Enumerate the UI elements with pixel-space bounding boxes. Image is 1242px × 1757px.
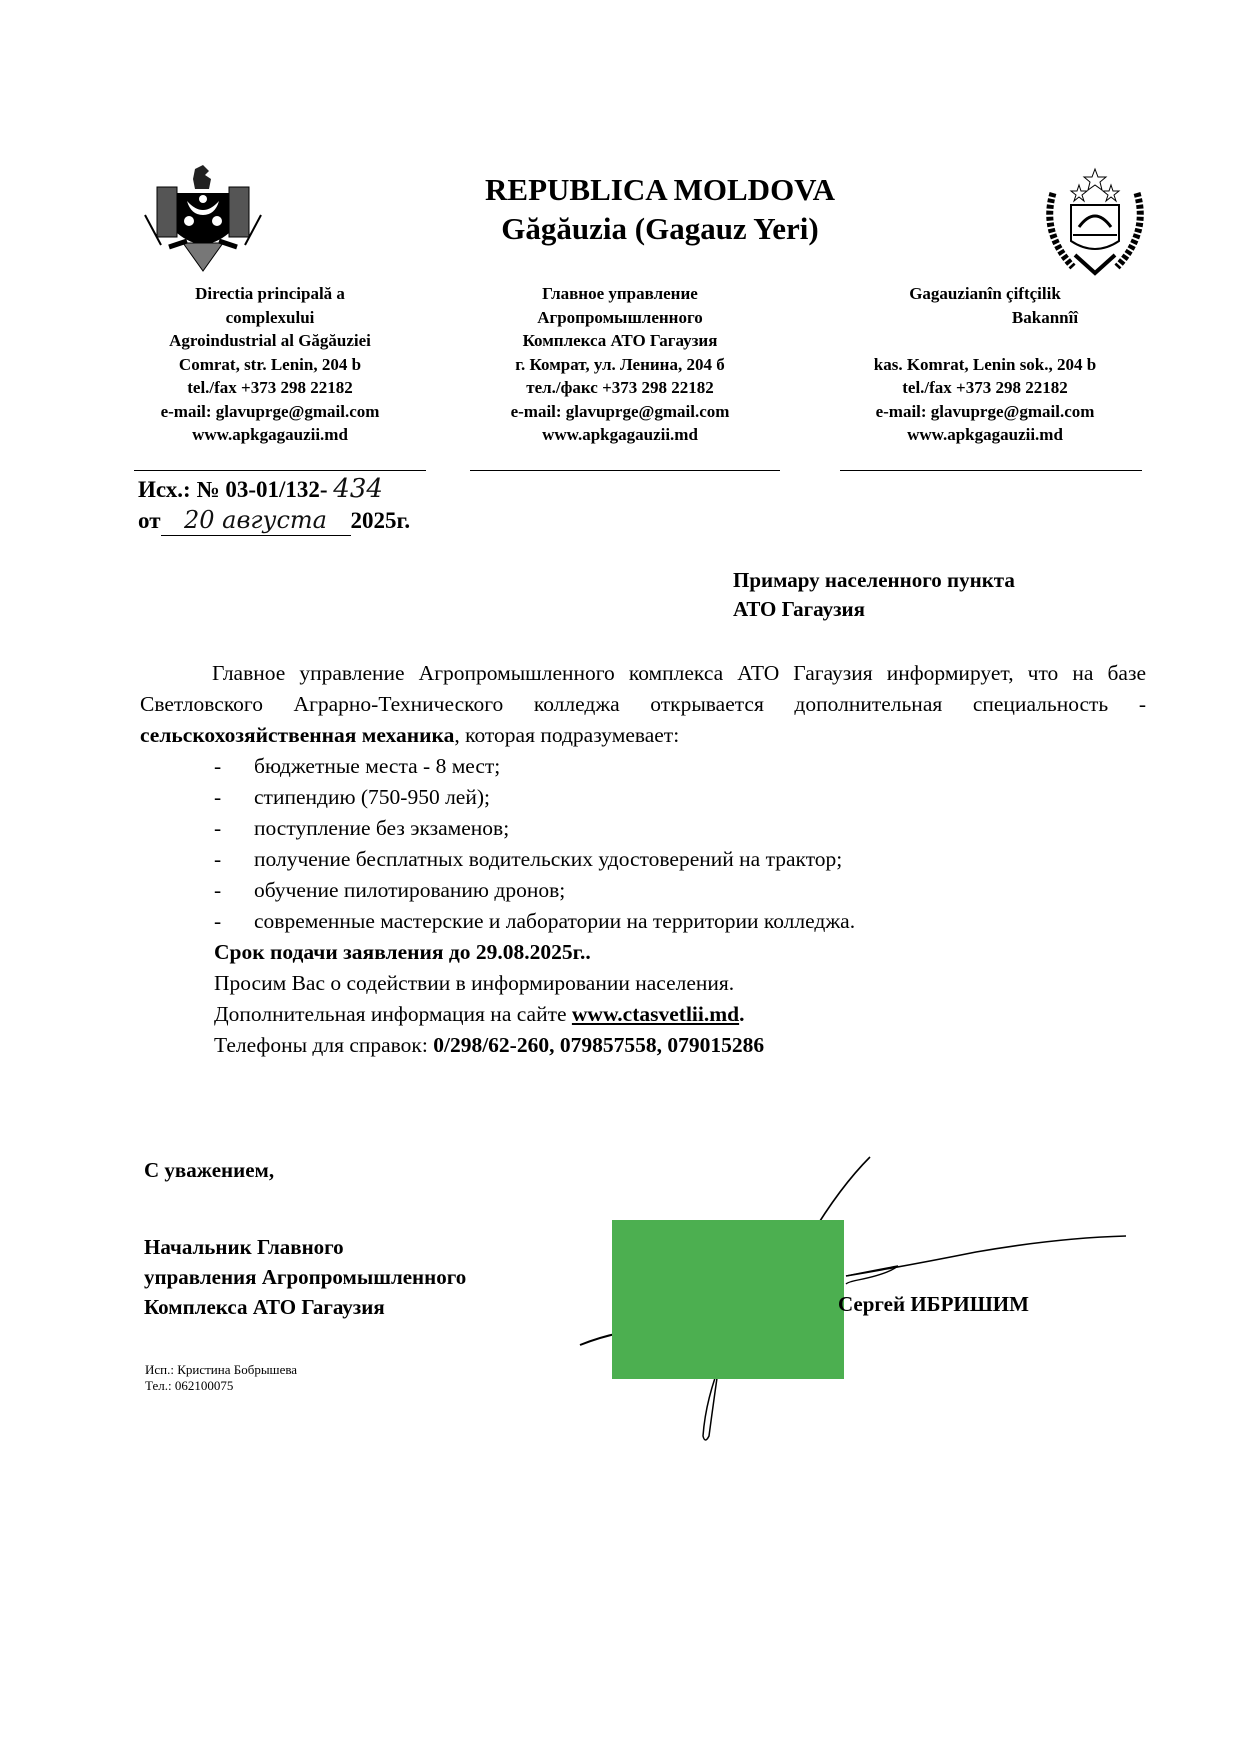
outgoing-reference: Исх.: № 03-01/132- 434 от20 августа2025г… [138,474,410,536]
gagauzia-coat-of-arms-icon [1035,163,1155,281]
header-divider [134,470,426,471]
header-line: Главное управление [460,282,780,306]
executor-info: Исп.: Кристина Бобрышева Тел.: 062100075 [145,1362,297,1394]
addressee-line: АТО Гагаузия [733,595,1015,624]
country-title: REPUBLICA MOLDOVA [440,172,880,208]
intro-paragraph: Главное управление Агропромышленного ком… [140,658,1146,751]
deadline: Срок подачи заявления до 29.08.2025г.. [140,937,1146,968]
list-item-text: стипендию (750-950 лей); [254,785,490,809]
header-line: tel./fax +373 298 22182 [120,376,420,400]
header-line: Комплекса АТО Гагаузия [460,329,780,353]
header-divider [840,470,1142,471]
header-line: Bakannîî [830,306,1140,330]
header-line: Gagauzianîn çiftçilik [830,282,1140,306]
website-link[interactable]: www.ctasvetlii.md [572,1002,739,1026]
dash-marker: - [214,813,221,844]
header-line: Agroindustrial al Găgăuziei [120,329,420,353]
header-line: kas. Komrat, Lenin sok., 204 b [830,353,1140,377]
header-divider [470,470,780,471]
dash-marker: - [214,875,221,906]
salutation: С уважением, [144,1158,274,1183]
header-column-gagauz: Gagauzianîn çiftçilik Bakannîî kas. Komr… [830,282,1140,447]
list-item-text: поступление без экзаменов; [254,816,509,840]
info-line: Дополнительная информация на сайте www.c… [140,999,1146,1030]
list-item: -стипендию (750-950 лей); [214,782,1146,813]
executor-name: Исп.: Кристина Бобрышева [145,1362,297,1378]
list-item-text: получение бесплатных водительских удосто… [254,847,842,871]
header-website: www.apkgagauzii.md [120,423,420,447]
intro-text-end: , которая подразумевает: [454,723,679,747]
header-email: e-mail: glavuprge@gmail.com [120,400,420,424]
letter-body: Главное управление Агропромышленного ком… [140,658,1146,1061]
request-text: Просим Вас о содействии в информировании… [140,968,1146,999]
dash-marker: - [214,751,221,782]
header-line: tel./fax +373 298 22182 [830,376,1140,400]
header-website: www.apkgagauzii.md [460,423,780,447]
list-item: -обучение пилотированию дронов; [214,875,1146,906]
header-line: тел./факс +373 298 22182 [460,376,780,400]
header-email: e-mail: glavuprge@gmail.com [830,400,1140,424]
list-item-text: обучение пилотированию дронов; [254,878,565,902]
reference-number-handwritten: 434 [333,474,383,504]
position-line: Комплекса АТО Гагаузия [144,1292,466,1322]
header-spacer [830,329,1140,353]
reference-date-suffix: 2025г. [351,508,411,533]
header-email: e-mail: glavuprge@gmail.com [460,400,780,424]
specialty-name: сельскохозяйственная механика [140,723,454,747]
addressee: Примару населенного пункта АТО Гагаузия [733,566,1015,624]
list-item-text: бюджетные места - 8 мест; [254,754,500,778]
reference-date-prefix: от [138,508,161,533]
region-title: Găgăuzia (Gagauz Yeri) [440,211,880,247]
position-line: управления Агропромышленного [144,1262,466,1292]
header-column-romanian: Directia principală a complexului Agroin… [120,282,420,447]
phones-line: Телефоны для справок: 0/298/62-260, 0798… [140,1030,1146,1061]
phone-numbers: 0/298/62-260, 079857558, 079015286 [433,1033,764,1057]
redaction-block [612,1220,844,1379]
moldova-coat-of-arms-icon [143,163,263,278]
executor-phone: Тел.: 062100075 [145,1378,297,1394]
signer-name: Сергей ИБРИШИМ [838,1292,1029,1317]
signer-position: Начальник Главного управления Агропромыш… [144,1232,466,1322]
phones-prefix: Телефоны для справок: [214,1033,433,1057]
info-suffix: . [739,1002,744,1026]
addressee-line: Примару населенного пункта [733,566,1015,595]
header-line: г. Комрат, ул. Ленина, 204 б [460,353,780,377]
header-line: complexului [120,306,420,330]
header-website: www.apkgagauzii.md [830,423,1140,447]
info-prefix: Дополнительная информация на сайте [214,1002,572,1026]
dash-marker: - [214,906,221,937]
dash-marker: - [214,844,221,875]
list-item: -бюджетные места - 8 мест; [214,751,1146,782]
header-column-russian: Главное управление Агропромышленного Ком… [460,282,780,447]
list-item: -современные мастерские и лаборатории на… [214,906,1146,937]
intro-text: Главное управление Агропромышленного ком… [140,661,1146,716]
benefits-list: -бюджетные места - 8 мест; -стипендию (7… [140,751,1146,937]
list-item: -поступление без экзаменов; [214,813,1146,844]
header-line: Directia principală a [120,282,420,306]
dash-marker: - [214,782,221,813]
header-line: Comrat, str. Lenin, 204 b [120,353,420,377]
reference-date-handwritten: 20 августа [161,505,351,536]
position-line: Начальник Главного [144,1232,466,1262]
list-item-text: современные мастерские и лаборатории на … [254,909,855,933]
header-line: Агропромышленного [460,306,780,330]
reference-number-label: Исх.: № 03-01/132- [138,477,328,502]
list-item: -получение бесплатных водительских удост… [214,844,1146,875]
